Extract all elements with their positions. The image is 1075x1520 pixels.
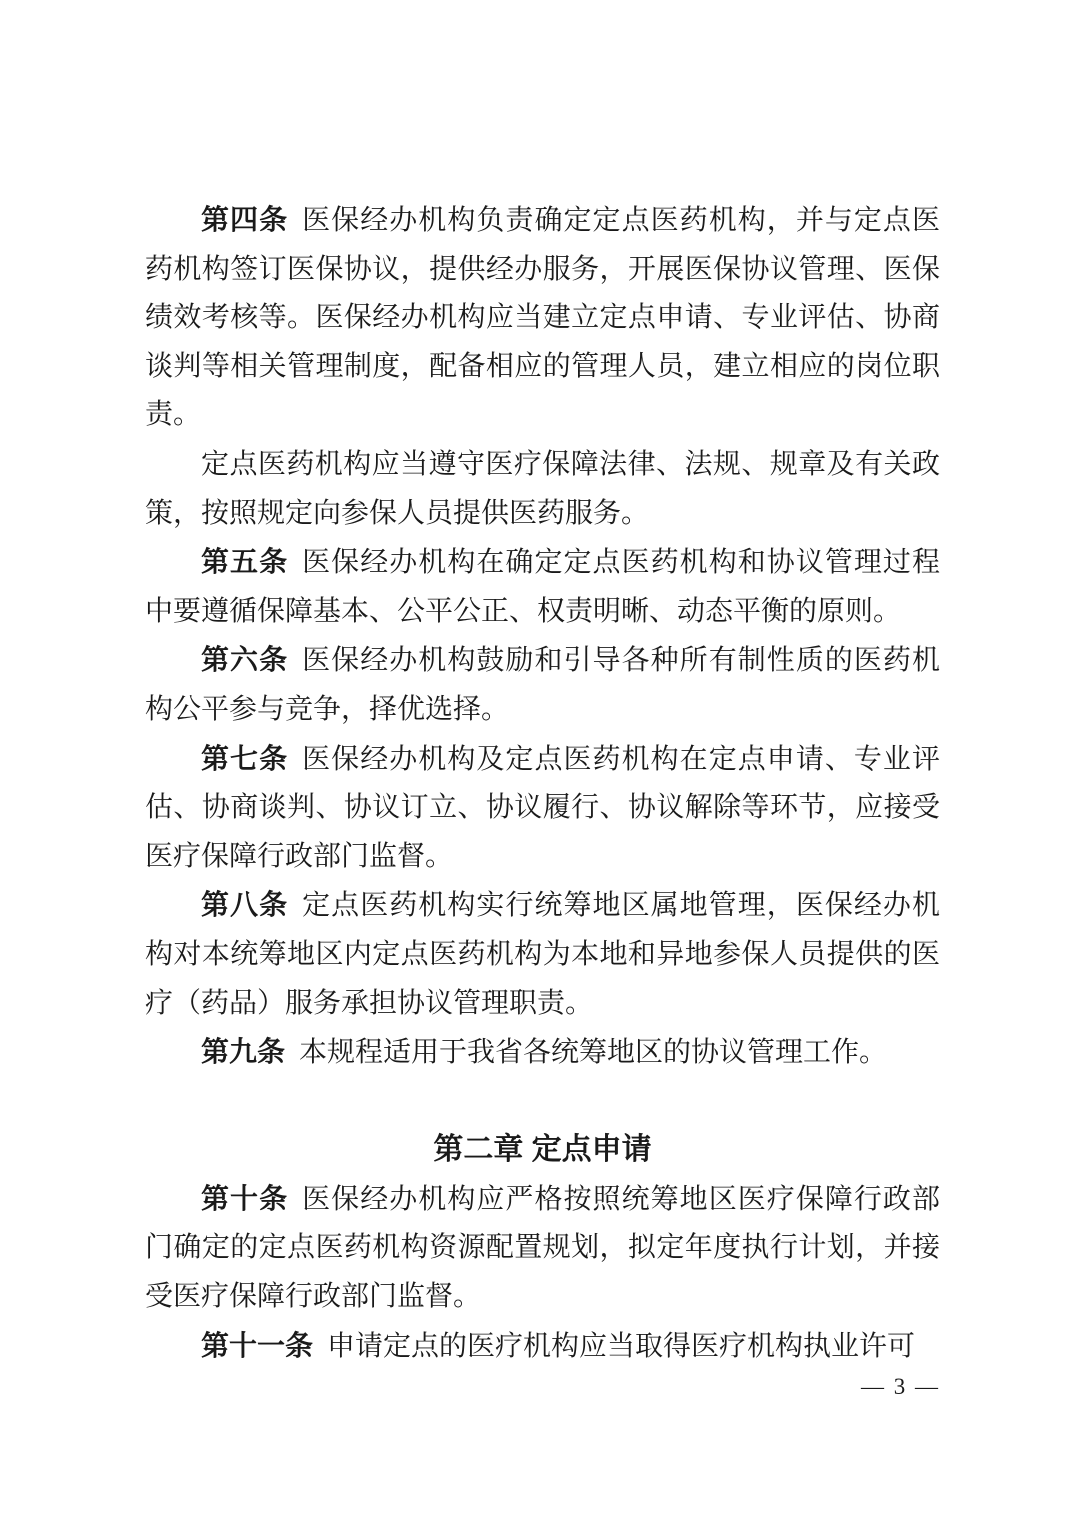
article-7-number: 第七条 [201, 743, 288, 774]
paragraph-article-8: 第八条定点医药机构实行统筹地区属地管理，医保经办机构对本统筹地区内定点医药机构为… [145, 881, 940, 1028]
article-4-text: 医保经办机构负责确定定点医药机构，并与定点医药机构签订医保协议，提供经办服务，开… [145, 205, 940, 430]
paragraph-article-5: 第五条医保经办机构在确定定点医药机构和协议管理过程中要遵循保障基本、公平公正、权… [145, 538, 940, 636]
paragraph-article-11: 第十一条申请定点的医疗机构应当取得医疗机构执业许可 [145, 1322, 940, 1372]
article-4-number: 第四条 [201, 204, 288, 235]
article-11-text: 申请定点的医疗机构应当取得医疗机构执业许可 [327, 1331, 915, 1362]
article-5-number: 第五条 [201, 546, 288, 577]
article-6-number: 第六条 [201, 644, 288, 675]
paragraph-article-4-clause-2: 定点医药机构应当遵守医疗保障法律、法规、规章及有关政策，按照规定向参保人员提供医… [145, 440, 940, 538]
article-9-text: 本规程适用于我省各统筹地区的协议管理工作。 [299, 1037, 887, 1068]
article-11-number: 第十一条 [201, 1330, 313, 1361]
article-4-clause-2-text: 定点医药机构应当遵守医疗保障法律、法规、规章及有关政策，按照规定向参保人员提供医… [145, 449, 940, 529]
article-10-number: 第十条 [201, 1183, 288, 1214]
article-8-number: 第八条 [201, 889, 288, 920]
paragraph-article-6: 第六条医保经办机构鼓励和引导各种所有制性质的医药机构公平参与竞争，择优选择。 [145, 636, 940, 734]
paragraph-article-9: 第九条本规程适用于我省各统筹地区的协议管理工作。 [145, 1028, 940, 1078]
document-page: 第四条医保经办机构负责确定定点医药机构，并与定点医药机构签订医保协议，提供经办服… [0, 0, 1075, 1520]
paragraph-article-7: 第七条医保经办机构及定点医药机构在定点申请、专业评估、协商谈判、协议订立、协议履… [145, 735, 940, 882]
paragraph-article-10: 第十条医保经办机构应严格按照统筹地区医疗保障行政部门确定的定点医药机构资源配置规… [145, 1175, 940, 1322]
page-number: — 3 — [861, 1372, 940, 1402]
paragraph-article-4: 第四条医保经办机构负责确定定点医药机构，并与定点医药机构签订医保协议，提供经办服… [145, 196, 940, 440]
document-body: 第四条医保经办机构负责确定定点医药机构，并与定点医药机构签订医保协议，提供经办服… [145, 196, 940, 1371]
chapter-2-heading: 第二章 定点申请 [145, 1126, 940, 1175]
article-9-number: 第九条 [201, 1036, 285, 1067]
